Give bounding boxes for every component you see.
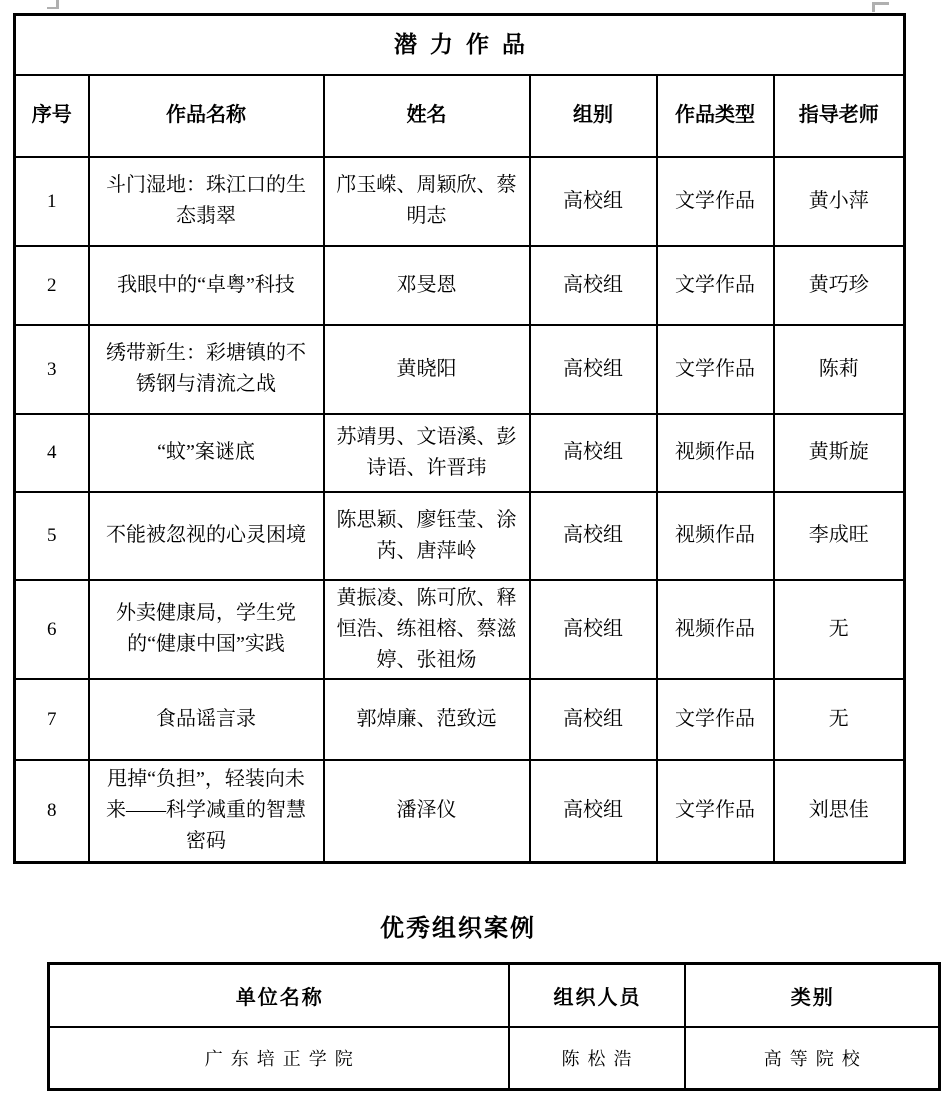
advisor-cell: 无: [774, 580, 905, 679]
work-cell: 外卖健康局，学生党的“健康中国”实践: [89, 580, 324, 679]
advisor-cell: 黄巧珍: [774, 246, 905, 325]
left-margin-crop-mark: [56, 0, 59, 9]
no-cell: 7: [15, 679, 89, 760]
type-cell: 文学作品: [657, 325, 774, 414]
type-cell: 视频作品: [657, 580, 774, 679]
right-margin-crop-mark-tick: [872, 2, 875, 12]
advisor-cell: 黄小萍: [774, 157, 905, 246]
org-table-row: 广东培正学院 陈松浩 高等院校: [49, 1027, 940, 1090]
org-header-organizer: 组织人员: [509, 964, 685, 1027]
group-cell: 高校组: [530, 414, 657, 492]
table-row: 6 外卖健康局，学生党的“健康中国”实践 黄振凌、陈可欣、释恒浩、练祖榕、蔡滋婷…: [15, 580, 905, 679]
table-title: 潜力作品: [15, 15, 905, 75]
work-cell: 甩掉“负担”，轻装向未来——科学减重的智慧密码: [89, 760, 324, 863]
no-cell: 8: [15, 760, 89, 863]
header-work: 作品名称: [89, 75, 324, 157]
org-table-header-row: 单位名称 组织人员 类别: [49, 964, 940, 1027]
group-cell: 高校组: [530, 157, 657, 246]
org-header-category: 类别: [685, 964, 940, 1027]
org-header-unit: 单位名称: [49, 964, 509, 1027]
left-margin-crop-mark-tick: [47, 7, 56, 9]
table-row: 8 甩掉“负担”，轻装向未来——科学减重的智慧密码 潘泽仪 高校组 文学作品 刘…: [15, 760, 905, 863]
type-cell: 文学作品: [657, 679, 774, 760]
names-cell: 陈思颖、廖钰莹、涂芮、唐萍岭: [324, 492, 530, 580]
work-cell: “蚊”案谜底: [89, 414, 324, 492]
header-group: 组别: [530, 75, 657, 157]
no-cell: 6: [15, 580, 89, 679]
work-cell: 食品谣言录: [89, 679, 324, 760]
table-row: 7 食品谣言录 郭焯廉、范致远 高校组 文学作品 无: [15, 679, 905, 760]
table-row: 2 我眼中的“卓粤”科技 邓旻恩 高校组 文学作品 黄巧珍: [15, 246, 905, 325]
type-cell: 文学作品: [657, 157, 774, 246]
org-category-cell: 高等院校: [685, 1027, 940, 1090]
table-row: 4 “蚊”案谜底 苏靖男、文语溪、彭诗语、许晋玮 高校组 视频作品 黄斯旋: [15, 414, 905, 492]
group-cell: 高校组: [530, 760, 657, 863]
table-header-row: 序号 作品名称 姓名 组别 作品类型 指导老师: [15, 75, 905, 157]
advisor-cell: 刘思佳: [774, 760, 905, 863]
header-advisor: 指导老师: [774, 75, 905, 157]
type-cell: 视频作品: [657, 492, 774, 580]
advisor-cell: 陈莉: [774, 325, 905, 414]
names-cell: 邓旻恩: [324, 246, 530, 325]
no-cell: 1: [15, 157, 89, 246]
work-cell: 斗门湿地：珠江口的生态翡翠: [89, 157, 324, 246]
names-cell: 黄振凌、陈可欣、释恒浩、练祖榕、蔡滋婷、张祖炀: [324, 580, 530, 679]
table-row: 3 绣带新生：彩塘镇的不锈钢与清流之战 黄晓阳 高校组 文学作品 陈莉: [15, 325, 905, 414]
table-title-row: 潜力作品: [15, 15, 905, 75]
group-cell: 高校组: [530, 679, 657, 760]
potential-works-table: 潜力作品 序号 作品名称 姓名 组别 作品类型 指导老师 1 斗门湿地：珠江口的…: [13, 13, 906, 864]
header-no: 序号: [15, 75, 89, 157]
type-cell: 文学作品: [657, 246, 774, 325]
names-cell: 邝玉嵘、周颖欣、蔡明志: [324, 157, 530, 246]
work-cell: 我眼中的“卓粤”科技: [89, 246, 324, 325]
group-cell: 高校组: [530, 580, 657, 679]
names-cell: 苏靖男、文语溪、彭诗语、许晋玮: [324, 414, 530, 492]
names-cell: 黄晓阳: [324, 325, 530, 414]
type-cell: 文学作品: [657, 760, 774, 863]
no-cell: 5: [15, 492, 89, 580]
document-page: { "potential_table": { "title": "潜力作品", …: [0, 0, 950, 1108]
advisor-cell: 李成旺: [774, 492, 905, 580]
advisor-cell: 黄斯旋: [774, 414, 905, 492]
no-cell: 4: [15, 414, 89, 492]
org-section-heading: 优秀组织案例: [13, 908, 903, 943]
work-cell: 绣带新生：彩塘镇的不锈钢与清流之战: [89, 325, 324, 414]
no-cell: 3: [15, 325, 89, 414]
table-row: 5 不能被忽视的心灵困境 陈思颖、廖钰莹、涂芮、唐萍岭 高校组 视频作品 李成旺: [15, 492, 905, 580]
org-unit-cell: 广东培正学院: [49, 1027, 509, 1090]
table-row: 1 斗门湿地：珠江口的生态翡翠 邝玉嵘、周颖欣、蔡明志 高校组 文学作品 黄小萍: [15, 157, 905, 246]
group-cell: 高校组: [530, 492, 657, 580]
org-organizer-cell: 陈松浩: [509, 1027, 685, 1090]
org-cases-table: 单位名称 组织人员 类别 广东培正学院 陈松浩 高等院校: [47, 962, 941, 1091]
group-cell: 高校组: [530, 246, 657, 325]
work-cell: 不能被忽视的心灵困境: [89, 492, 324, 580]
header-type: 作品类型: [657, 75, 774, 157]
header-names: 姓名: [324, 75, 530, 157]
names-cell: 潘泽仪: [324, 760, 530, 863]
group-cell: 高校组: [530, 325, 657, 414]
no-cell: 2: [15, 246, 89, 325]
type-cell: 视频作品: [657, 414, 774, 492]
advisor-cell: 无: [774, 679, 905, 760]
names-cell: 郭焯廉、范致远: [324, 679, 530, 760]
